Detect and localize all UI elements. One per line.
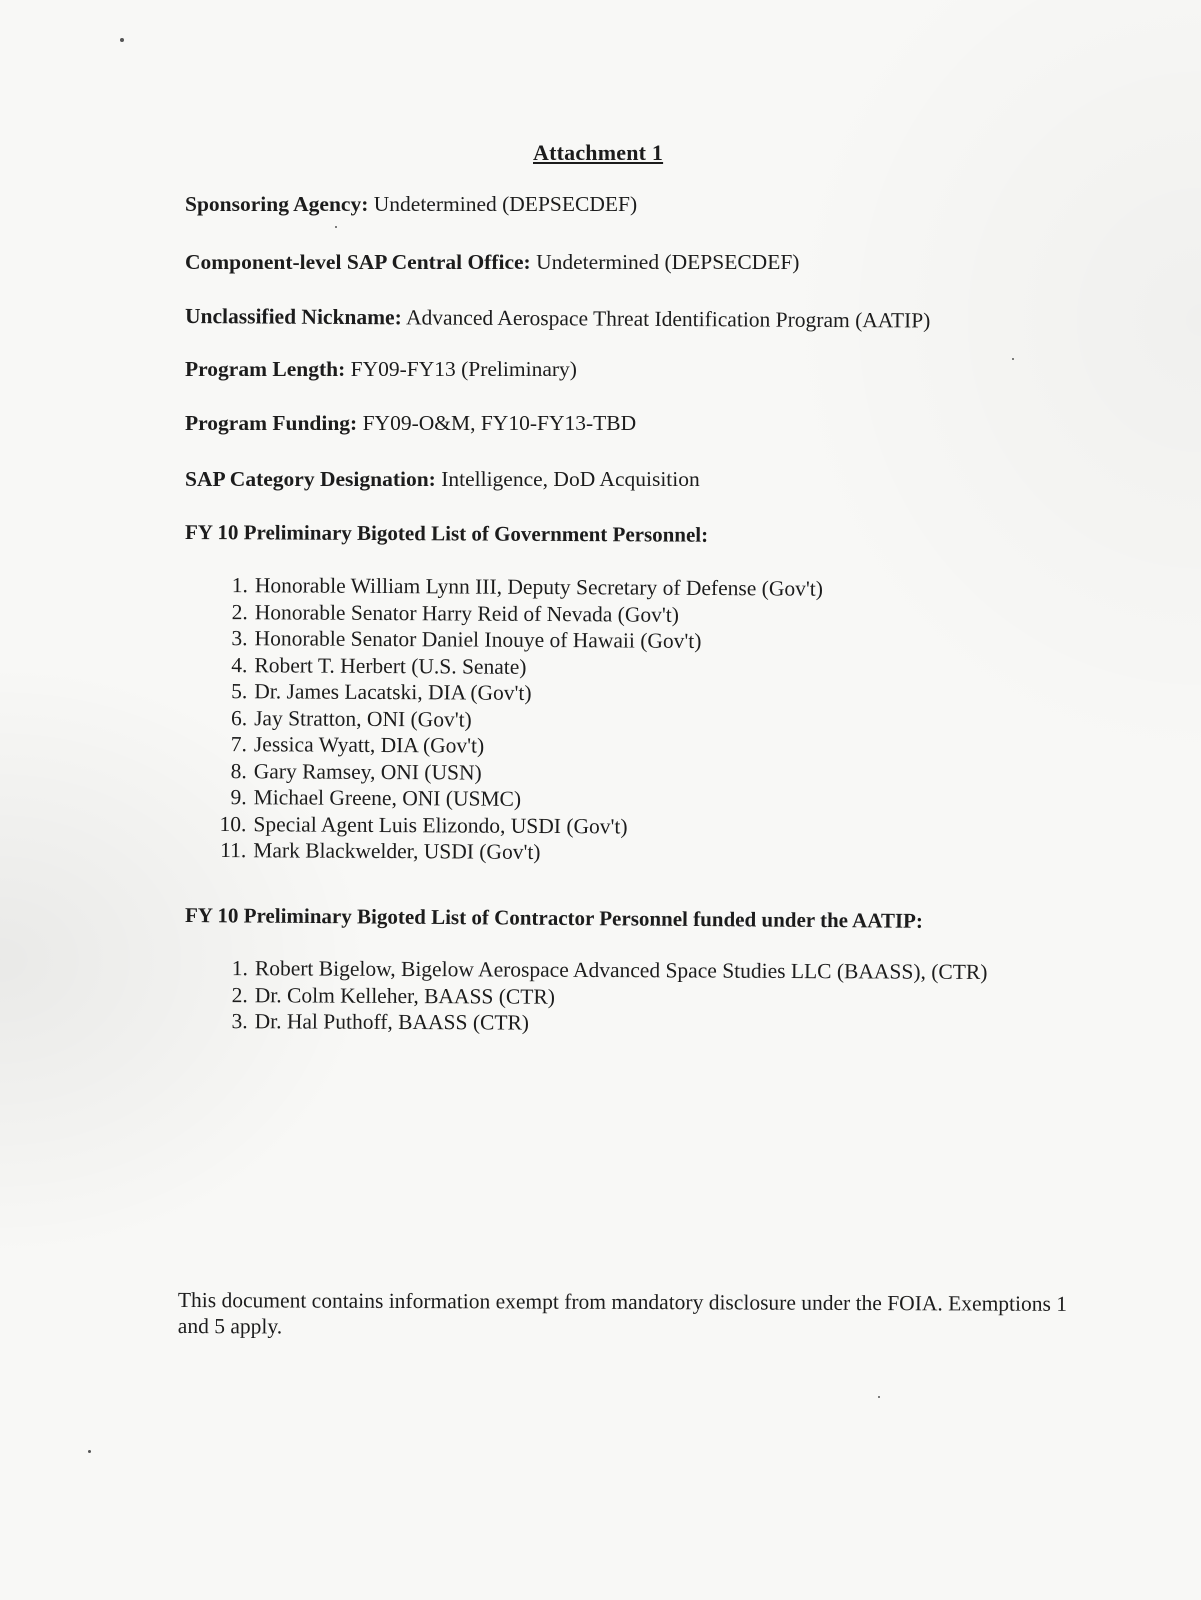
scan-speck [120,38,124,42]
item-number: 5. [217,678,247,705]
field-value: FY09-O&M, FY10-FY13-TBD [363,411,637,435]
item-number: 7. [217,731,247,758]
item-number: 8. [217,757,247,784]
item-number: 3. [218,625,248,652]
item-number: 6. [217,704,247,731]
item-number: 9. [217,784,247,811]
list-item: 6.Jay Stratton, ONI (Gov't) [217,704,822,734]
document-title: Attachment 1 [533,140,663,166]
item-text: Jessica Wyatt, DIA (Gov't) [254,732,484,757]
item-text: Special Agent Luis Elizondo, USDI (Gov't… [253,812,627,838]
field-value: FY09-FY13 (Preliminary) [351,357,577,381]
field-value: Intelligence, DoD Acquisition [441,467,700,491]
field-unclassified-nickname: Unclassified Nickname: Advanced Aerospac… [185,304,931,334]
list-item: 9.Michael Greene, ONI (USMC) [217,784,822,814]
field-program-funding: Program Funding: FY09-O&M, FY10-FY13-TBD [185,411,636,436]
government-list-heading: FY 10 Preliminary Bigoted List of Govern… [185,520,708,548]
item-text: Gary Ramsey, ONI (USN) [254,759,482,784]
list-item: 7.Jessica Wyatt, DIA (Gov't) [217,731,822,761]
government-personnel-list: 1.Honorable William Lynn III, Deputy Sec… [216,572,823,867]
field-sap-category: SAP Category Designation: Intelligence, … [185,467,700,492]
item-text: Honorable Senator Harry Reid of Nevada (… [255,600,679,627]
item-number: 10. [209,810,246,837]
item-number: 1. [218,955,248,982]
scanned-page: Attachment 1 Sponsoring Agency: Undeterm… [0,0,1201,1600]
field-label: Program Length: [185,357,345,381]
field-sap-central-office: Component-level SAP Central Office: Unde… [185,250,799,275]
list-item: 4.Robert T. Herbert (U.S. Senate) [217,651,822,681]
item-text: Robert T. Herbert (U.S. Senate) [254,653,526,679]
list-item: 2.Honorable Senator Harry Reid of Nevada… [218,598,823,628]
list-item: 3.Honorable Senator Daniel Inouye of Haw… [218,625,823,655]
field-label: SAP Category Designation: [185,467,436,491]
list-item: 3.Dr. Hal Puthoff, BAASS (CTR) [218,1008,1035,1039]
item-text: Dr. Colm Kelleher, BAASS (CTR) [255,982,1035,1013]
item-number: 2. [218,598,248,625]
list-item: 11.Mark Blackwelder, USDI (Gov't) [216,837,821,867]
list-item: 10.Special Agent Luis Elizondo, USDI (Go… [216,810,821,840]
item-number: 2. [218,981,248,1008]
scan-speck [1012,358,1014,360]
field-label: Sponsoring Agency: [185,192,368,216]
item-text: Honorable William Lynn III, Deputy Secre… [255,573,823,600]
item-text: Mark Blackwelder, USDI (Gov't) [253,838,540,864]
item-number: 4. [217,651,247,678]
scan-speck [878,1396,880,1398]
contractor-personnel-list: 1.Robert Bigelow, Bigelow Aerospace Adva… [218,955,1035,1039]
list-item: 5.Dr. James Lacatski, DIA (Gov't) [217,678,822,708]
field-label: Program Funding: [185,411,357,435]
field-label: Component-level SAP Central Office: [185,250,531,274]
contractor-list-heading: FY 10 Preliminary Bigoted List of Contra… [185,903,923,934]
item-number: 3. [218,1008,248,1035]
item-text: Honorable Senator Daniel Inouye of Hawai… [255,626,702,653]
item-text: Michael Greene, ONI (USMC) [254,785,522,811]
item-number: 1. [218,572,248,599]
field-value: Advanced Aerospace Threat Identification… [406,305,931,332]
field-program-length: Program Length: FY09-FY13 (Preliminary) [185,357,577,382]
scan-speck [335,226,337,228]
field-label: Unclassified Nickname: [185,304,402,329]
item-text: Dr. James Lacatski, DIA (Gov't) [254,679,531,705]
list-item: 8.Gary Ramsey, ONI (USN) [217,757,822,787]
foia-disclaimer: This document contains information exemp… [178,1287,1078,1343]
item-number: 11. [209,837,246,864]
field-value: Undetermined (DEPSECDEF) [374,192,637,216]
item-text: Robert Bigelow, Bigelow Aerospace Advanc… [255,955,1035,986]
scan-speck [88,1450,91,1453]
item-text: Jay Stratton, ONI (Gov't) [254,706,472,731]
field-sponsoring-agency: Sponsoring Agency: Undetermined (DEPSECD… [185,192,637,217]
item-text: Dr. Hal Puthoff, BAASS (CTR) [255,1008,1035,1039]
field-value: Undetermined (DEPSECDEF) [536,250,799,274]
list-item: 1.Honorable William Lynn III, Deputy Sec… [218,572,823,602]
